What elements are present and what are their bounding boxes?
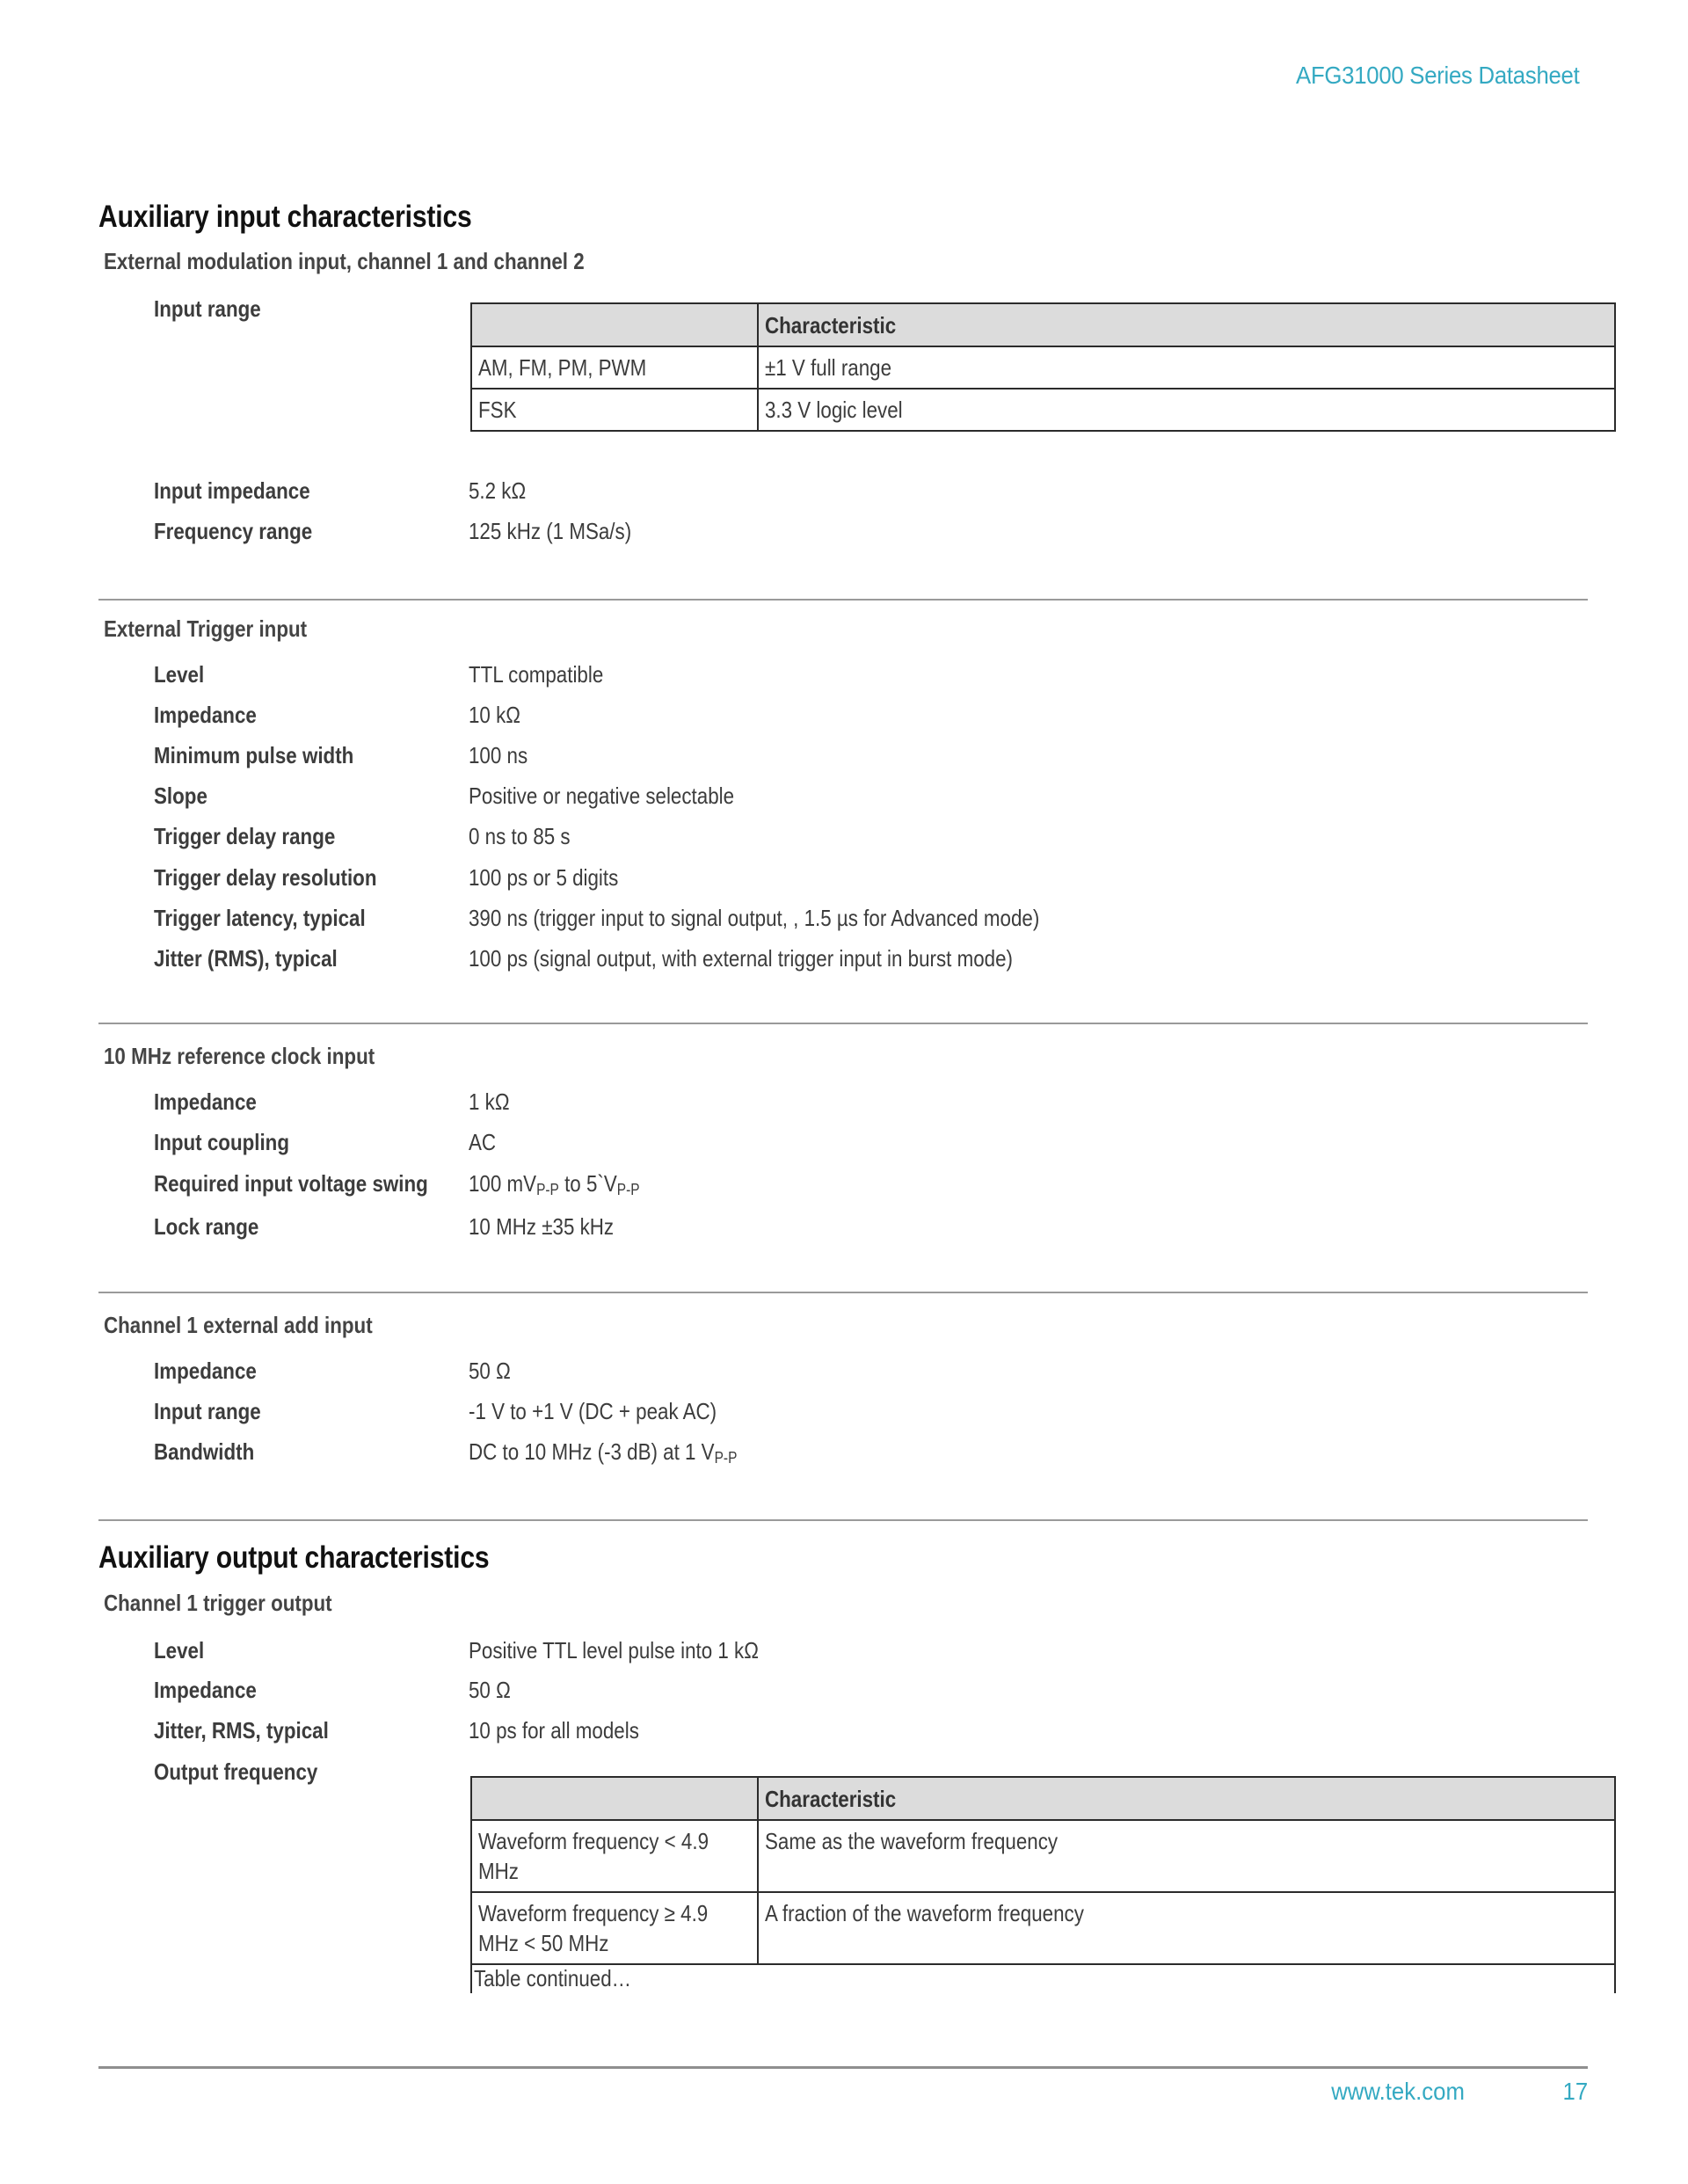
label-required-voltage-swing: Required input voltage swing (154, 1170, 428, 1198)
table-cell: FSK (471, 389, 758, 431)
table-row: FSK 3.3 V logic level (471, 389, 1615, 431)
value-slope: Positive or negative selectable (469, 783, 734, 810)
label-slope: Slope (154, 783, 207, 810)
table-cell: Waveform frequency < 4.9 MHz (471, 1820, 758, 1892)
table-row: Waveform frequency ≥ 4.9 MHz < 50 MHz A … (471, 1892, 1615, 1964)
label-frequency-range: Frequency range (154, 518, 312, 545)
value-required-voltage-swing: 100 mVP-P to 5`VP-P (469, 1170, 640, 1199)
table-header-cell (471, 1777, 758, 1820)
table-row: AM, FM, PM, PWM ±1 V full range (471, 346, 1615, 389)
table-header-cell: Characteristic (758, 1777, 1615, 1820)
value-out-level: Positive TTL level pulse into 1 kΩ (469, 1637, 759, 1664)
table-header-cell (471, 303, 758, 346)
footer-page-number: 17 (1562, 2078, 1588, 2106)
table-header-cell: Characteristic (758, 303, 1615, 346)
label-output-frequency: Output frequency (154, 1758, 317, 1786)
table-row: Waveform frequency < 4.9 MHz Same as the… (471, 1820, 1615, 1892)
label-min-pulse-width: Minimum pulse width (154, 742, 353, 769)
output-frequency-table: Characteristic Waveform frequency < 4.9 … (470, 1776, 1616, 1993)
value-level: TTL compatible (469, 661, 603, 688)
value-out-jitter: 10 ps for all models (469, 1717, 639, 1744)
running-header-title: AFG31000 Series Datasheet (1296, 62, 1579, 90)
value-input-impedance: 5.2 kΩ (469, 477, 526, 505)
table-cell: AM, FM, PM, PWM (471, 346, 758, 389)
footer-rule (98, 2066, 1588, 2069)
table-cell: Waveform frequency ≥ 4.9 MHz < 50 MHz (471, 1892, 758, 1964)
label-add-input-range: Input range (154, 1398, 261, 1425)
value-trigger-latency: 390 ns (trigger input to signal output, … (469, 905, 1039, 932)
subsection-title-ext-trigger: External Trigger input (104, 615, 307, 643)
subsection-title-ref-clock: 10 MHz reference clock input (104, 1043, 375, 1070)
table-cell: Same as the waveform frequency (758, 1820, 1615, 1892)
label-level: Level (154, 661, 204, 688)
label-input-coupling: Input coupling (154, 1129, 289, 1156)
value-input-coupling: AC (469, 1129, 496, 1156)
label-ref-impedance: Impedance (154, 1088, 257, 1116)
table-continued-note: Table continued… (471, 1964, 1615, 1993)
label-out-impedance: Impedance (154, 1677, 257, 1704)
label-trigger-delay-resolution: Trigger delay resolution (154, 864, 376, 892)
value-jitter: 100 ps (signal output, with external tri… (469, 945, 1013, 972)
subsection-title-ext-mod: External modulation input, channel 1 and… (104, 248, 585, 275)
input-range-table: Characteristic AM, FM, PM, PWM ±1 V full… (470, 302, 1616, 432)
table-cell: A fraction of the waveform frequency (758, 1892, 1615, 1964)
label-add-impedance: Impedance (154, 1358, 257, 1385)
section-divider (98, 1023, 1588, 1024)
section-divider (98, 599, 1588, 601)
section-divider (98, 1292, 1588, 1293)
value-bandwidth: DC to 10 MHz (-3 dB) at 1 VP-P (469, 1438, 737, 1467)
value-min-pulse-width: 100 ns (469, 742, 527, 769)
footer-url-link[interactable]: www.tek.com (1331, 2078, 1465, 2106)
value-impedance: 10 kΩ (469, 702, 520, 729)
label-impedance: Impedance (154, 702, 257, 729)
value-trigger-delay-resolution: 100 ps or 5 digits (469, 864, 618, 892)
table-cell: ±1 V full range (758, 346, 1615, 389)
value-lock-range: 10 MHz ±35 kHz (469, 1213, 614, 1241)
section-divider (98, 1519, 1588, 1521)
subsection-title-ext-add: Channel 1 external add input (104, 1312, 373, 1339)
section-title-aux-input: Auxiliary input characteristics (98, 200, 472, 235)
table-continued-row: Table continued… (471, 1964, 1615, 1993)
label-out-jitter: Jitter, RMS, typical (154, 1717, 329, 1744)
value-ref-impedance: 1 kΩ (469, 1088, 510, 1116)
section-title-aux-output: Auxiliary output characteristics (98, 1540, 489, 1576)
label-input-impedance: Input impedance (154, 477, 310, 505)
table-header-row: Characteristic (471, 1777, 1615, 1820)
value-add-impedance: 50 Ω (469, 1358, 511, 1385)
value-add-input-range: -1 V to +1 V (DC + peak AC) (469, 1398, 717, 1425)
label-trigger-latency: Trigger latency, typical (154, 905, 366, 932)
subsection-title-trig-out: Channel 1 trigger output (104, 1590, 332, 1617)
label-input-range: Input range (154, 295, 261, 323)
value-trigger-delay-range: 0 ns to 85 s (469, 823, 571, 850)
value-out-impedance: 50 Ω (469, 1677, 511, 1704)
label-trigger-delay-range: Trigger delay range (154, 823, 335, 850)
value-frequency-range: 125 kHz (1 MSa/s) (469, 518, 631, 545)
label-bandwidth: Bandwidth (154, 1438, 254, 1466)
label-jitter: Jitter (RMS), typical (154, 945, 338, 972)
label-out-level: Level (154, 1637, 204, 1664)
table-header-row: Characteristic (471, 303, 1615, 346)
label-lock-range: Lock range (154, 1213, 258, 1241)
table-cell: 3.3 V logic level (758, 389, 1615, 431)
